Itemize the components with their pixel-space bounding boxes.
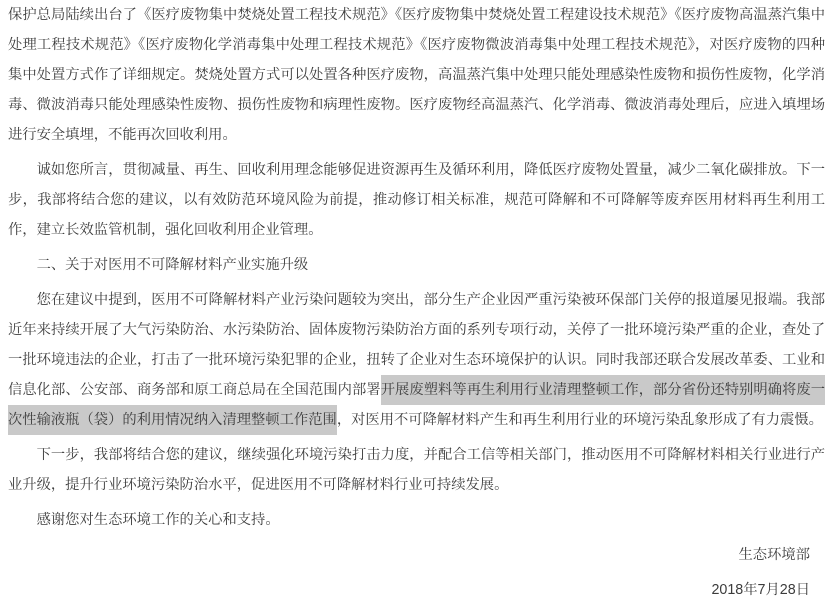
reply-document: 保护总局陆续出台了《医疗废物集中焚烧处置工程技术规范》《医疗废物集中焚烧处置工程… xyxy=(0,0,833,607)
paragraph-thanks: 感谢您对生态环境工作的关心和支持。 xyxy=(8,505,825,535)
paragraph-text-after-selection: ，对医用不可降解材料产生和再生利用行业的环境污染乱象形成了有力震慑。 xyxy=(337,412,823,428)
paragraph-next-steps: 下一步，我部将结合您的建议，继续强化环境污染打击力度，并配合工信等相关部门，推动… xyxy=(8,440,825,500)
section-heading-industry-upgrade: 二、关于对医用不可降解材料产业实施升级 xyxy=(8,250,825,280)
signature-ministry: 生态环境部 xyxy=(8,540,825,570)
signature-date: 2018年7月28日 xyxy=(8,575,825,605)
paragraph-recycling-concept: 诚如您所言，贯彻减量、再生、回收利用理念能够促进资源再生及循环利用，降低医疗废物… xyxy=(8,155,825,245)
paragraph-medical-waste-regulations: 保护总局陆续出台了《医疗废物集中焚烧处置工程技术规范》《医疗废物集中焚烧处置工程… xyxy=(8,0,825,150)
paragraph-pollution-enforcement: 您在建议中提到，医用不可降解材料产业污染问题较为突出，部分生产企业因严重污染被环… xyxy=(8,285,825,435)
